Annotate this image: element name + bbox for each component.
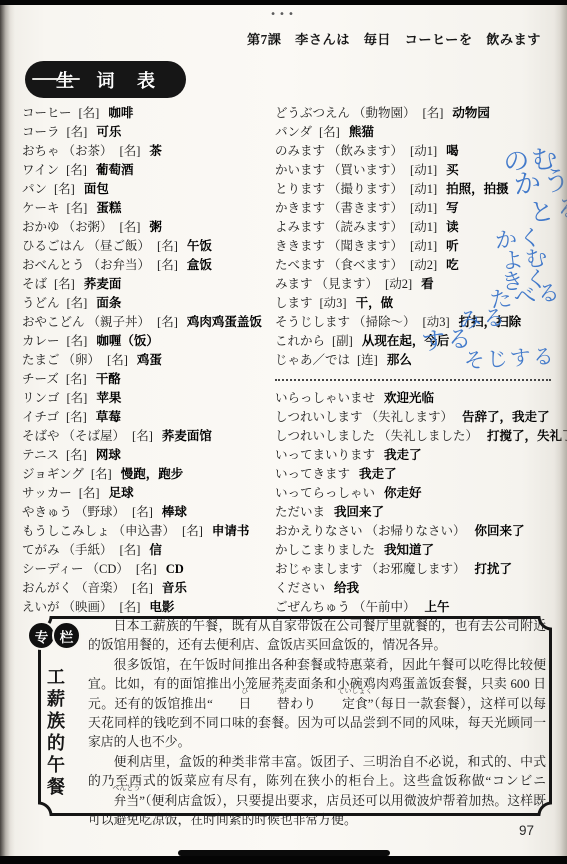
vocab-pos-tag: [名] (132, 429, 153, 443)
vocab-entry: いってらっしゃい你走好 (275, 484, 557, 503)
vocab-pos-tag: [名] (67, 296, 88, 310)
vocab-meaning: 打搅了，失礼了 (487, 429, 567, 443)
vocab-meaning: 我知道了 (384, 543, 434, 557)
vocab-word: コーラ (22, 125, 60, 139)
vocab-word: そば (22, 277, 47, 291)
vocab-pos-tag: [连] (357, 353, 378, 367)
vocab-pos-tag: [副] (332, 334, 353, 348)
vocab-section-title-label: 生 词 表 (56, 67, 164, 93)
vocab-entry: のみます（飲みます）[动1]喝 (275, 142, 557, 161)
vocab-entry: いってきます我走了 (275, 465, 557, 484)
vocab-meaning: 鸡蛋 (137, 353, 162, 367)
vocab-kanji-note: （午前中） (353, 600, 416, 614)
vocab-entry: コーヒー[名]咖啡 (22, 104, 274, 123)
screen: ••• 第7課 李さんは 毎日 コーヒーを 飲みます 生 词 表 コーヒー[名]… (0, 0, 567, 864)
vocab-pos-tag: [名] (423, 106, 444, 120)
vocab-entry: しつれいしました（失礼しました）打搅了，失礼了 (275, 427, 557, 446)
vocab-pos-tag: [名] (157, 315, 178, 329)
vocab-word: かしこまりました (275, 543, 375, 557)
lesson-title: 第7課 李さんは 毎日 コーヒーを 飲みます (247, 29, 541, 48)
vocab-meaning: 欢迎光临 (384, 391, 434, 405)
vocab-word: ききます (275, 239, 325, 253)
vocab-meaning: 干酪 (96, 372, 121, 386)
vocab-meaning: 盒饭 (187, 258, 212, 272)
home-indicator[interactable] (178, 850, 390, 856)
vocab-section-title: 生 词 表 (25, 61, 186, 98)
vocab-meaning: 荞麦面 (84, 277, 122, 291)
vocab-entry: そうじします（掃除～）[动3]打扫，扫除 (275, 313, 557, 332)
vocab-kanji-note: （親子丼） (88, 315, 151, 329)
vocab-pos-tag: [名] (136, 562, 157, 576)
vocab-pos-tag: [名] (120, 144, 141, 158)
vocab-word: イチゴ (22, 410, 59, 424)
vocab-pos-tag: [动1] (410, 144, 437, 158)
vocab-meaning: 那么 (387, 353, 412, 367)
vocab-kanji-note: （お邪魔します） (366, 562, 466, 576)
vocab-meaning: CD (166, 562, 184, 576)
vocab-word: よみます (275, 220, 325, 234)
vocab-entry: パン[名]面包 (22, 180, 274, 199)
vocab-word: おべんとう (22, 258, 85, 272)
vocab-kanji-note: （お弁当） (88, 258, 151, 272)
vocab-entry: シーディー（CD）[名]CD (22, 560, 274, 579)
vocab-meaning: 苹果 (96, 391, 121, 405)
vocab-pos-tag: [动1] (410, 201, 437, 215)
vocab-word: おちゃ (22, 144, 60, 158)
vocab-entry: そばや（そば屋）[名]荞麦面馆 (22, 427, 274, 446)
vocab-entry: カレー[名]咖喱（饭） (22, 332, 274, 351)
vocab-word: てがみ (22, 543, 60, 557)
vocab-kanji-note: （買います） (328, 163, 403, 177)
vocab-pos-tag: [名] (132, 581, 153, 595)
vocab-entry: どうぶつえん（動物園）[名]动物园 (275, 104, 557, 123)
vocab-entry: サッカー[名]足球 (22, 484, 274, 503)
more-options-icon[interactable]: ••• (270, 9, 297, 20)
vocab-entry: ただいま我回来了 (275, 503, 557, 522)
vocab-meaning: 买 (446, 163, 459, 177)
vocab-word: ケーキ (22, 201, 60, 215)
vocab-meaning: 荞麦面馆 (162, 429, 212, 443)
vocab-word: しつれいします (275, 410, 363, 424)
vocab-pos-tag: [名] (182, 524, 203, 538)
vocab-entry: おべんとう（お弁当）[名]盒饭 (22, 256, 274, 275)
vocab-pos-tag: [名] (67, 391, 88, 405)
vocab-meaning: 鸡肉鸡蛋盖饭 (187, 315, 262, 329)
vocab-entry: いらっしゃいませ欢迎光临 (275, 389, 557, 408)
vocab-pos-tag: [名] (54, 277, 75, 291)
vocab-pos-tag: [名] (66, 163, 87, 177)
vocab-meaning: 粥 (149, 220, 162, 234)
vocab-word: おんがく (22, 581, 72, 595)
vocab-meaning: 看 (421, 277, 434, 291)
vocab-kanji-note: （野球） (75, 505, 125, 519)
vocab-meaning: 面条 (96, 296, 121, 310)
vocab-entry: かしこまりました我知道了 (275, 541, 557, 560)
vocab-word: ごぜんちゅう (275, 600, 350, 614)
vocab-meaning: 打扰了 (475, 562, 513, 576)
vocab-meaning: 足球 (109, 486, 134, 500)
vocab-pos-tag: [动3] (423, 315, 450, 329)
vocab-kanji-note: （失礼します） (366, 410, 454, 424)
bottom-bar (0, 856, 567, 864)
vocab-entry: よみます（読みます）[动1]读 (275, 218, 557, 237)
dotted-separator (275, 370, 557, 389)
column-badge: 专 栏 (27, 621, 81, 650)
vocab-meaning: 棒球 (162, 505, 187, 519)
vocab-word: パン (22, 182, 47, 196)
vocab-entry: チーズ[名]干酪 (22, 370, 274, 389)
vocab-pos-tag: [名] (107, 353, 128, 367)
vocab-pos-tag: [动1] (410, 163, 437, 177)
vocab-meaning: 给我 (334, 581, 359, 595)
vocab-pos-tag: [名] (79, 106, 100, 120)
vocab-entry: とります（撮ります）[动1]拍照，拍摄 (275, 180, 557, 199)
vocab-word: ください (275, 581, 325, 595)
vocab-entry: てがみ（手紙）[名]信 (22, 541, 274, 560)
vocab-word: ワイン (22, 163, 59, 177)
vocab-kanji-note: （飲みます） (328, 144, 403, 158)
vocab-pos-tag: [名] (67, 201, 88, 215)
vocab-kanji-note: （書きます） (328, 201, 403, 215)
vocab-entry: これから[副]从现在起，今后 (275, 332, 557, 351)
vocab-meaning: 申请书 (212, 524, 250, 538)
vocab-word: しつれいしました (275, 429, 375, 443)
vocab-entry: パンダ[名]熊猫 (275, 123, 557, 142)
vocab-entry: そば[名]荞麦面 (22, 275, 274, 294)
vocab-meaning: 音乐 (162, 581, 187, 595)
vocab-meaning: 茶 (149, 144, 162, 158)
vocab-right-bottom: いらっしゃいませ欢迎光临 しつれいします（失礼します）告辞了，我走了 しつれいし… (275, 389, 557, 617)
vocab-kanji-note: （動物園） (353, 106, 416, 120)
vocab-entry: ケーキ[名]蛋糕 (22, 199, 274, 218)
vocab-meaning: 打扫，扫除 (459, 315, 522, 329)
vocab-word: もうしこみしょ (22, 524, 110, 538)
vocab-kanji-note: （見ます） (316, 277, 379, 291)
vocab-word: たまご (22, 353, 60, 367)
vocab-entry: いってまいります我走了 (275, 446, 557, 465)
vocab-meaning: 我走了 (359, 467, 397, 481)
vocab-entry: イチゴ[名]草莓 (22, 408, 274, 427)
vocab-word: かいます (275, 163, 325, 177)
vocab-meaning: 听 (446, 239, 459, 253)
vocab-word: おやこどん (22, 315, 85, 329)
vocab-entry: もうしこみしょ（申込書）[名]申请书 (22, 522, 274, 541)
vocab-pos-tag: [名] (66, 448, 87, 462)
vocab-meaning: 读 (446, 220, 459, 234)
vocab-word: リンゴ (22, 391, 60, 405)
vocab-kanji-note: （お粥） (63, 220, 113, 234)
vocab-pos-tag: [名] (66, 372, 87, 386)
badge-char: 栏 (52, 621, 81, 650)
vocab-kanji-note: （手紙） (63, 543, 113, 557)
vocab-word: おじゃまします (275, 562, 363, 576)
vocab-word: そばや (22, 429, 60, 443)
vocab-entry: おかえりなさい（お帰りなさい）你回来了 (275, 522, 557, 541)
vocab-pos-tag: [名] (66, 410, 87, 424)
vocab-pos-tag: [名] (67, 334, 88, 348)
vocab-kanji-note: （昼ご飯） (88, 239, 151, 253)
vocab-pos-tag: [名] (54, 182, 75, 196)
vocab-word: えいが (22, 600, 60, 614)
vocab-word: コーヒー (22, 106, 72, 120)
vocab-word: いらっしゃいませ (275, 391, 375, 405)
vocab-meaning: 面包 (84, 182, 109, 196)
vocab-entry: おちゃ（お茶）[名]茶 (22, 142, 274, 161)
vocab-pos-tag: [动1] (410, 182, 437, 196)
vocab-word: ジョギング (22, 467, 84, 481)
vocab-word: いってまいります (275, 448, 375, 462)
vocab-word: これから (275, 334, 325, 348)
vocab-word: サッカー (22, 486, 72, 500)
vocab-pos-tag: [名] (132, 505, 153, 519)
vocab-pos-tag: [动2] (410, 258, 437, 272)
vocab-entry: コーラ[名]可乐 (22, 123, 274, 142)
vocab-meaning: 可乐 (96, 125, 121, 139)
vocab-meaning: 电影 (149, 600, 174, 614)
vocab-entry: します[动3]干，做 (275, 294, 557, 313)
vocab-entry: しつれいします（失礼します）告辞了，我走了 (275, 408, 557, 427)
vocab-word: いってらっしゃい (275, 486, 375, 500)
vocab-kanji-note: （聞きます） (328, 239, 403, 253)
vocab-word: じゃあ／では (275, 353, 350, 367)
vocab-entry: たまご（卵）[名]鸡蛋 (22, 351, 274, 370)
vocab-meaning: 蛋糕 (96, 201, 121, 215)
vocab-kanji-note: （お茶） (63, 144, 113, 158)
vocab-word: ひるごはん (22, 239, 85, 253)
vocab-entry: ひるごはん（昼ご飯）[名]午饭 (22, 237, 274, 256)
vocab-kanji-note: （卵） (63, 353, 101, 367)
vocab-word: おかゆ (22, 220, 60, 234)
vocab-pos-tag: [动3] (320, 296, 347, 310)
vocab-entry: えいが（映画）[名]电影 (22, 598, 274, 617)
vocab-meaning: 午饭 (187, 239, 212, 253)
vocab-pos-tag: [动2] (385, 277, 412, 291)
vocab-entry: かきます（書きます）[动1]写 (275, 199, 557, 218)
vocab-meaning: 写 (446, 201, 459, 215)
vocab-entry: おかゆ（お粥）[名]粥 (22, 218, 274, 237)
vocab-meaning: 吃 (446, 258, 459, 272)
vocab-meaning: 葡萄酒 (96, 163, 134, 177)
vocab-pos-tag: [动1] (410, 220, 437, 234)
vocab-meaning: 上午 (425, 600, 450, 614)
column-paragraphs: 日本工薪族的午餐，既有从自家带饭在公司餐厅里就餐的，也有去公司附近的饭馆用餐的，… (88, 617, 546, 830)
vocab-entry: リンゴ[名]苹果 (22, 389, 274, 408)
vocab-meaning: 动物园 (452, 106, 490, 120)
vocab-kanji-note: （撮ります） (328, 182, 403, 196)
vocab-pos-tag: [动1] (410, 239, 437, 253)
vocab-meaning: 草莓 (96, 410, 121, 424)
vocab-word: カレー (22, 334, 60, 348)
vocab-right-top: どうぶつえん（動物園）[名]动物园 パンダ[名]熊猫 のみます（飲みます）[动1… (275, 104, 557, 370)
vocab-entry: おじゃまします（お邪魔します）打扰了 (275, 560, 557, 579)
vocab-entry: ごぜんちゅう（午前中）上午 (275, 598, 557, 617)
vocab-entry: ワイン[名]葡萄酒 (22, 161, 274, 180)
vocab-pos-tag: [名] (157, 258, 178, 272)
vocab-pos-tag: [名] (67, 125, 88, 139)
vocab-pos-tag: [名] (157, 239, 178, 253)
vocab-word: のみます (275, 144, 325, 158)
vocab-word: みます (275, 277, 313, 291)
vocab-entry: やきゅう（野球）[名]棒球 (22, 503, 274, 522)
vocab-entry: おんがく（音楽）[名]音乐 (22, 579, 274, 598)
vocab-kanji-note: （失礼しました） (378, 429, 478, 443)
top-bar (0, 0, 567, 5)
vocab-kanji-note: （お帰りなさい） (366, 524, 466, 538)
vocab-entry: ジョギング[名]慢跑，跑步 (22, 465, 274, 484)
book-page: ••• 第7課 李さんは 毎日 コーヒーを 飲みます 生 词 表 コーヒー[名]… (0, 5, 567, 856)
vocab-pos-tag: [名] (120, 220, 141, 234)
column-paragraph: 便利店里，盒饭的种类非常丰富。饭团子、三明治自不必说，和式的、中式的乃至西式的饭… (88, 753, 546, 831)
column-title-vertical: 工薪族的午餐 (42, 667, 68, 799)
vocab-pos-tag: [名] (120, 543, 141, 557)
vocab-word: そうじします (275, 315, 350, 329)
vocab-word: どうぶつえん (275, 106, 350, 120)
vocab-entry: たべます（食べます）[动2]吃 (275, 256, 557, 275)
vocab-entry: かいます（買います）[动1]买 (275, 161, 557, 180)
vocab-meaning: 我回来了 (334, 505, 384, 519)
vocab-column-right: どうぶつえん（動物園）[名]动物园 パンダ[名]熊猫 のみます（飲みます）[动1… (275, 104, 557, 617)
vocab-entry: うどん[名]面条 (22, 294, 274, 313)
vocab-entry: じゃあ／では[连]那么 (275, 351, 557, 370)
vocab-word: シーディー (22, 562, 84, 576)
vocab-kanji-note: （申込書） (113, 524, 176, 538)
vocab-column-left: コーヒー[名]咖啡 コーラ[名]可乐 おちゃ（お茶）[名]茶 ワイン[名]葡萄酒… (22, 104, 274, 617)
vocab-kanji-note: （映画） (63, 600, 113, 614)
vocab-pos-tag: [名] (79, 486, 100, 500)
vocab-meaning: 干，做 (356, 296, 394, 310)
vocab-entry: おやこどん（親子丼）[名]鸡肉鸡蛋盖饭 (22, 313, 274, 332)
vocab-word: とります (275, 182, 325, 196)
vocab-kanji-note: （食べます） (328, 258, 403, 272)
vocab-word: おかえりなさい (275, 524, 363, 538)
vocab-word: うどん (22, 296, 60, 310)
vocab-word: チーズ (22, 372, 59, 386)
vocab-meaning: 网球 (96, 448, 121, 462)
column-paragraph: 很多饭馆，在午饭时间推出各种套餐或特惠菜肴，因此午餐可以吃得比较便宜。比如，有的… (88, 656, 546, 753)
vocab-meaning: 熊猫 (349, 125, 374, 139)
vocab-kanji-note: （CD） (87, 562, 129, 576)
vocab-pos-tag: [名] (91, 467, 112, 481)
column-paragraph: 日本工薪族的午餐，既有从自家带饭在公司餐厅里就餐的，也有去公司附近的饭馆用餐的，… (88, 617, 546, 656)
vocab-word: たべます (275, 258, 325, 272)
vocab-meaning: 你回来了 (475, 524, 525, 538)
vocab-word: やきゅう (22, 505, 72, 519)
vocab-kanji-note: （読みます） (328, 220, 403, 234)
vocab-word: いってきます (275, 467, 350, 481)
vocab-word: かきます (275, 201, 325, 215)
vocab-entry: ききます（聞きます）[动1]听 (275, 237, 557, 256)
vocab-word: ただいま (275, 505, 325, 519)
vocab-word: テニス (22, 448, 59, 462)
vocab-meaning: 告辞了，我走了 (462, 410, 550, 424)
vocab-kanji-note: （掃除～） (353, 315, 416, 329)
vocab-meaning: 信 (149, 543, 162, 557)
vocab-meaning: 我走了 (384, 448, 422, 462)
vocab-entry: テニス[名]网球 (22, 446, 274, 465)
vocab-meaning: 喝 (446, 144, 459, 158)
vocab-pos-tag: [名] (319, 125, 340, 139)
vocab-meaning: 从现在起，今后 (362, 334, 450, 348)
vocab-word: します (275, 296, 313, 310)
vocab-meaning: 咖喱（饭） (96, 334, 159, 348)
vocab-meaning: 拍照，拍摄 (446, 182, 509, 196)
vocab-entry: ください给我 (275, 579, 557, 598)
vocab-kanji-note: （そば屋） (63, 429, 126, 443)
vocab-kanji-note: （音楽） (75, 581, 125, 595)
vocab-word: パンダ (275, 125, 312, 139)
vocab-meaning: 慢跑，跑步 (121, 467, 184, 481)
vocab-pos-tag: [名] (120, 600, 141, 614)
vocab-meaning: 咖啡 (108, 106, 133, 120)
vocab-meaning: 你走好 (384, 486, 422, 500)
vocab-entry: みます（見ます）[动2]看 (275, 275, 557, 294)
